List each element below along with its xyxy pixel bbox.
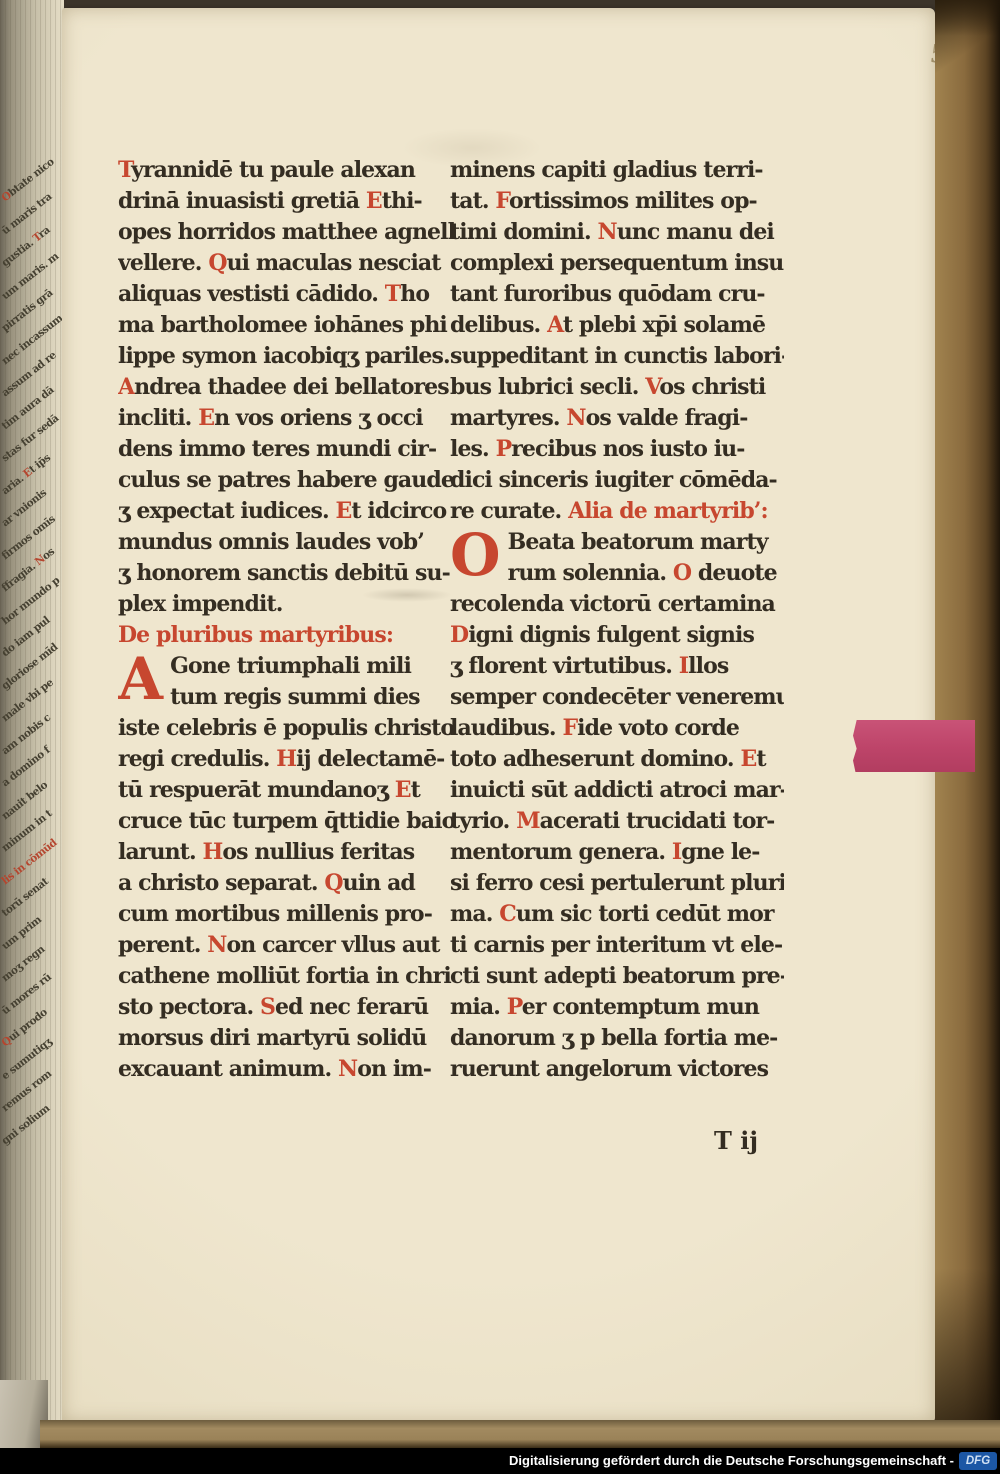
text-line: ma bartholomee iohānes phi <box>118 310 454 341</box>
text-line: toto adheserunt domino. Et <box>450 744 784 775</box>
text-line: lippe symon iacobiqʒ pariles. <box>118 341 454 372</box>
text-line: bus lubrici secli. Vos christi <box>450 372 784 403</box>
rubricated-text: Alia de martyrib’: <box>568 498 768 524</box>
dropcap-block: AGone triumphali militum regis summi die… <box>118 651 454 713</box>
dfg-logo: DFG <box>959 1452 997 1470</box>
text-line: martyres. Nos valde fragi- <box>450 403 784 434</box>
rubricated-text: T <box>118 157 131 183</box>
rubricated-text: F <box>495 188 509 214</box>
text-line: Digni dignis fulgent signis <box>450 620 784 651</box>
text-line: excauant animum. Non im- <box>118 1054 454 1085</box>
rubricated-text: N <box>338 1056 357 1082</box>
rubricated-text: D <box>450 622 468 648</box>
text-line: laudibus. Fide voto corde <box>450 713 784 744</box>
text-line: dens immo teres mundi cir- <box>118 434 454 465</box>
text-line: morsus diri martyrū solidū <box>118 1023 454 1054</box>
text-line: timi domini. Nunc manu dei <box>450 217 784 248</box>
text-line: cruce tūc turpem q̄ttidie baio- <box>118 806 454 837</box>
rubricated-text: E <box>366 188 382 214</box>
text-line: larunt. Hos nullius feritas <box>118 837 454 868</box>
rubricated-text: Q <box>208 250 226 276</box>
drop-cap-initial: A <box>118 651 170 710</box>
text-line: cum mortibus millenis pro- <box>118 899 454 930</box>
text-line: delibus. At plebi xp̄i solamē <box>450 310 784 341</box>
text-line: drinā inuasisti gretiā Ethi- <box>118 186 454 217</box>
text-line: perent. Non carcer vllus aut <box>118 930 454 961</box>
text-line: suppeditant in cunctis labori- <box>450 341 784 372</box>
text-line: cathene molliūt fortia in chri <box>118 961 454 992</box>
rubricated-text: C <box>499 901 516 927</box>
rubricated-text: E <box>21 466 34 480</box>
text-line: Andrea thadee dei bellatores <box>118 372 454 403</box>
book-bottom-edge <box>40 1420 1000 1448</box>
text-line: minens capiti gladius terri- <box>450 155 784 186</box>
text-line: recolenda victorū certamina <box>450 589 784 620</box>
text-line: re curate. Alia de martyrib’: <box>450 496 784 527</box>
rubricated-text: E <box>740 746 756 772</box>
rubricated-text: S <box>260 994 275 1020</box>
rubricated-text: E <box>395 777 411 803</box>
text-column-left: Tyrannidē tu paule alexandrinā inuasisti… <box>118 155 454 1140</box>
text-line: tat. Fortissimos milites op- <box>450 186 784 217</box>
rubricated-text: T <box>31 231 44 244</box>
rubricated-text: H <box>276 746 296 772</box>
text-line: Tyrannidē tu paule alexan <box>118 155 454 186</box>
rubricated-text: O <box>0 189 14 204</box>
text-line: aliquas vestisti cādido. Tho <box>118 279 454 310</box>
text-line: inuicti sūt addicti atroci mar- <box>450 775 784 806</box>
rubricated-text: Q <box>0 1034 14 1049</box>
rubricated-text: E <box>335 498 351 524</box>
rubricated-text: I <box>679 653 688 679</box>
text-line: opes horridos matthee agnelli <box>118 217 454 248</box>
dfg-digitization-banner: Digitalisierung gefördert durch die Deut… <box>0 1448 1000 1474</box>
rubric-heading: De pluribus martyribus: <box>118 620 454 651</box>
text-line: si ferro cesi pertulerunt pluri- <box>450 868 784 899</box>
text-line: tant furoribus quōdam cru- <box>450 279 784 310</box>
rubricated-text: H <box>202 839 222 865</box>
book-fore-edge-left: Obtate nicoū maris tragustia. Traum mari… <box>0 0 64 1448</box>
rubricated-text: I <box>672 839 681 865</box>
text-line: ʒ expectat iudices. Et idcirco <box>118 496 454 527</box>
dropcap-block: OBeata beatorum martyrum solennia. O deu… <box>450 527 784 589</box>
rubricated-text: N <box>566 405 585 431</box>
banner-text: Digitalisierung gefördert durch die Deut… <box>509 1453 954 1468</box>
text-line: ʒ florent virtutibus. Illos <box>450 651 784 682</box>
pink-bookmark-ribbon <box>853 720 975 772</box>
rubricated-text: M <box>516 808 539 834</box>
text-line: tū respuerāt mundanoʒ Et <box>118 775 454 806</box>
rubricated-text: F <box>562 715 577 741</box>
text-line: vellere. Qui maculas nesciat <box>118 248 454 279</box>
text-line: dici sinceris iugiter cōmēda- <box>450 465 784 496</box>
text-line: culus se patres habere gaudet <box>118 465 454 496</box>
rubricated-text: P <box>496 436 512 462</box>
text-line: incliti. En vos oriens ʒ occi <box>118 403 454 434</box>
text-line: les. Precibus nos iusto iu- <box>450 434 784 465</box>
text-line: ti carnis per interitum vt ele- <box>450 930 784 961</box>
rubricated-text: T <box>385 281 400 307</box>
text-line: a christo separat. Quin ad <box>118 868 454 899</box>
text-line: cti sunt adepti beatorum pre- <box>450 961 784 992</box>
rubricated-text: N <box>597 219 616 245</box>
rubricated-text: N <box>207 932 226 958</box>
text-line: sto pectora. Sed nec ferarū <box>118 992 454 1023</box>
text-line: semper condecēter veneremur <box>450 682 784 713</box>
rubricated-text: O <box>673 560 691 586</box>
drop-cap-initial: O <box>450 527 508 586</box>
text-line: complexi persequentum insul <box>450 248 784 279</box>
text-line: plex impendit. <box>118 589 454 620</box>
text-line: mundus omnis laudes vob’ <box>118 527 454 558</box>
rubricated-text: V <box>645 374 659 400</box>
rubricated-text: A <box>118 374 134 400</box>
text-column-right: minens capiti gladius terri-tat. Fortiss… <box>450 155 784 1140</box>
text-line: tyrio. Macerati trucidati tor- <box>450 806 784 837</box>
text-line: mentorum genera. Igne le- <box>450 837 784 868</box>
text-line: mia. Per contemptum mun <box>450 992 784 1023</box>
rubricated-text: P <box>507 994 522 1020</box>
text-line: iste celebris ē populis christo <box>118 713 454 744</box>
text-line: regi credulis. Hij delectamē- <box>118 744 454 775</box>
manuscript-page: 537 Tyrannidē tu paule alexandrinā inuas… <box>62 8 935 1422</box>
manuscript-scan: Obtate nicoū maris tragustia. Traum mari… <box>0 0 1000 1474</box>
text-line: ma. Cum sic torti cedūt mor <box>450 899 784 930</box>
text-line: ruerunt angelorum victores <box>450 1054 784 1085</box>
rubricated-text: A <box>547 312 563 338</box>
rubricated-text: N <box>33 553 48 568</box>
rubricated-text: Q <box>324 870 342 896</box>
rubricated-text: E <box>198 405 214 431</box>
text-line: ʒ honorem sanctis debitū su- <box>118 558 454 589</box>
quire-signature-mark: T ij <box>450 1126 784 1155</box>
text-line: danorum ʒ p bella fortia me- <box>450 1023 784 1054</box>
